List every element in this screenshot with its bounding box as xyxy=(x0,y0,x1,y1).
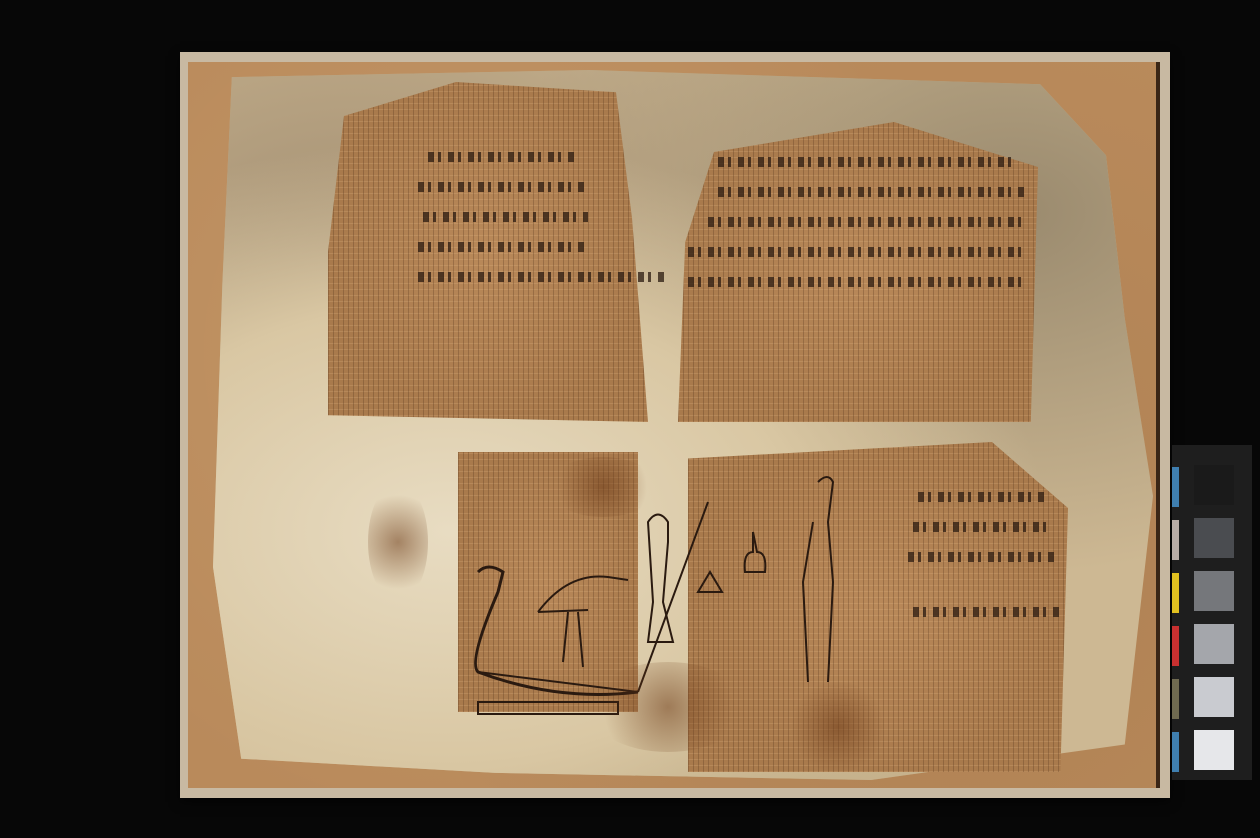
color-strip xyxy=(1172,626,1179,666)
hieratic-text-line xyxy=(688,247,1028,257)
color-strip xyxy=(1172,520,1179,560)
gray-swatch xyxy=(1194,730,1234,770)
color-strip xyxy=(1172,732,1179,772)
hieratic-text-line xyxy=(418,182,588,192)
papyrus-fragment-top-left xyxy=(328,82,648,422)
hieratic-text-line xyxy=(913,522,1053,532)
hieratic-text-line xyxy=(708,217,1028,227)
stain xyxy=(788,682,888,772)
hieratic-text-line xyxy=(428,152,578,162)
hieratic-text-line xyxy=(918,492,1048,502)
color-strip xyxy=(1172,467,1179,507)
hieratic-text-line xyxy=(418,242,588,252)
hieratic-text-line xyxy=(908,552,1058,562)
hieratic-text-line xyxy=(718,187,1028,197)
gray-swatch xyxy=(1194,624,1234,664)
hieratic-text-line xyxy=(913,607,1063,617)
hieratic-text-line xyxy=(423,212,588,222)
color-strip xyxy=(1172,679,1179,719)
gray-swatch xyxy=(1194,518,1234,558)
gray-swatch xyxy=(1194,677,1234,717)
stain xyxy=(368,482,428,602)
hieratic-text-line xyxy=(688,277,1028,287)
hieratic-text-line xyxy=(418,272,668,282)
color-calibration-chart xyxy=(1172,445,1252,780)
color-strip xyxy=(1172,573,1179,613)
mount-board xyxy=(188,62,1160,788)
gray-swatch xyxy=(1194,465,1234,505)
hieratic-text-line xyxy=(718,157,1018,167)
picture-frame xyxy=(180,52,1170,798)
papyrus-fragment-top-right xyxy=(678,122,1038,422)
gray-swatch xyxy=(1194,571,1234,611)
stain xyxy=(588,662,748,752)
stain xyxy=(548,457,658,517)
